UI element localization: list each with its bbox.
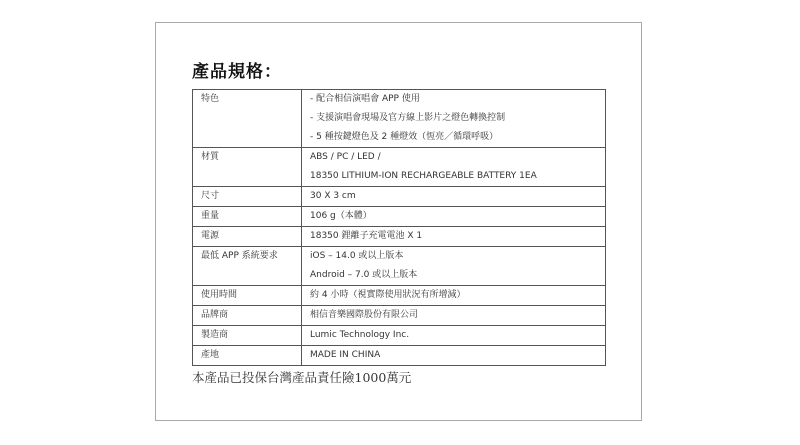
row-label: 品牌商	[193, 306, 302, 326]
spec-table: 特色 - 配合相信演唱會 APP 使用 - 支援演唱會現場及官方線上影片之燈色轉…	[192, 89, 606, 366]
table-row-material: 材質 ABS / PC / LED / 18350 LITHIUM-ION RE…	[193, 148, 606, 187]
row-value: 約 4 小時（視實際使用狀況有所增減）	[302, 286, 606, 306]
row-label: 電源	[193, 227, 302, 247]
row-label: 產地	[193, 346, 302, 366]
row-value: 18350 鋰離子充電電池 X 1	[302, 227, 606, 247]
insurance-note: 本產品已投保台灣產品責任險1000萬元	[192, 368, 411, 386]
page-title: 產品規格：	[192, 57, 282, 82]
row-label: 使用時間	[193, 286, 302, 306]
table-row-system-requirements: 最低 APP 系統要求 iOS – 14.0 或以上版本 Android – 7…	[193, 247, 606, 286]
row-value: iOS – 14.0 或以上版本 Android – 7.0 或以上版本	[302, 247, 606, 286]
row-value: 相信音樂國際股份有限公司	[302, 306, 606, 326]
row-label: 最低 APP 系統要求	[193, 247, 302, 286]
row-label: 重量	[193, 207, 302, 227]
row-value: - 配合相信演唱會 APP 使用 - 支援演唱會現場及官方線上影片之燈色轉換控制…	[302, 90, 606, 148]
table-row-manufacturer: 製造商 Lumic Technology Inc.	[193, 326, 606, 346]
table-row-weight: 重量 106 g（本體）	[193, 207, 606, 227]
row-label: 尺寸	[193, 187, 302, 207]
row-label: 特色	[193, 90, 302, 148]
row-value: ABS / PC / LED / 18350 LITHIUM-ION RECHA…	[302, 148, 606, 187]
table-row-brand: 品牌商 相信音樂國際股份有限公司	[193, 306, 606, 326]
table-row-usage-time: 使用時間 約 4 小時（視實際使用狀況有所增減）	[193, 286, 606, 306]
table-row-size: 尺寸 30 X 3 cm	[193, 187, 606, 207]
row-label: 製造商	[193, 326, 302, 346]
table-row-origin: 產地 MADE IN CHINA	[193, 346, 606, 366]
row-value: 106 g（本體）	[302, 207, 606, 227]
row-value: 30 X 3 cm	[302, 187, 606, 207]
row-value: MADE IN CHINA	[302, 346, 606, 366]
table-row-features: 特色 - 配合相信演唱會 APP 使用 - 支援演唱會現場及官方線上影片之燈色轉…	[193, 90, 606, 148]
table-row-power: 電源 18350 鋰離子充電電池 X 1	[193, 227, 606, 247]
row-value: Lumic Technology Inc.	[302, 326, 606, 346]
row-label: 材質	[193, 148, 302, 187]
